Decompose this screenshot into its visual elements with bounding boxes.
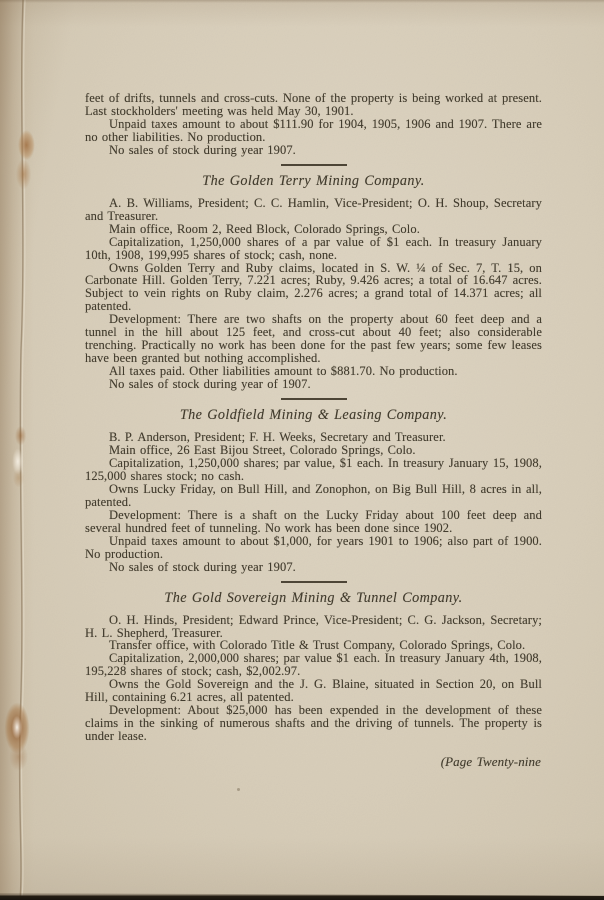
section-divider (281, 581, 347, 583)
paragraph: Capitalization, 2,000,000 shares; par va… (85, 652, 542, 678)
paragraph: Unpaid taxes amount to about $111.90 for… (85, 118, 542, 144)
section-divider (281, 164, 347, 166)
page-bottom-edge (0, 892, 604, 900)
paragraph: No sales of stock during year 1907. (85, 144, 542, 157)
section-heading: The Gold Sovereign Mining & Tunnel Compa… (85, 590, 542, 607)
section-heading: The Goldfield Mining & Leasing Company. (85, 407, 542, 424)
paragraph: Development: About $25,000 has been expe… (85, 704, 542, 743)
page-top-edge (0, 0, 604, 3)
paragraph: Main office, Room 2, Reed Block, Colorad… (85, 223, 542, 236)
binding-edge-shadow (0, 0, 34, 900)
paragraph: No sales of stock during year 1907. (85, 561, 542, 574)
company-section: The Golden Terry Mining Company.A. B. Wi… (85, 173, 542, 391)
paragraph: O. H. Hinds, President; Edward Prince, V… (85, 614, 542, 640)
paragraph: No sales of stock during year of 1907. (85, 378, 542, 391)
paper-speck (237, 788, 240, 791)
paragraph: Development: There are two shafts on the… (85, 313, 542, 365)
paragraph: A. B. Williams, President; C. C. Hamlin,… (85, 197, 542, 223)
paragraph: Capitalization, 1,250,000 shares; par va… (85, 457, 542, 483)
paragraph: feet of drifts, tunnels and cross-cuts. … (85, 92, 542, 118)
company-section: feet of drifts, tunnels and cross-cuts. … (85, 92, 542, 157)
paragraph: Owns Golden Terry and Ruby claims, locat… (85, 262, 542, 314)
paragraph: Development: There is a shaft on the Luc… (85, 509, 542, 535)
paragraph: Owns Lucky Friday, on Bull Hill, and Zon… (85, 483, 542, 509)
section-heading: The Golden Terry Mining Company. (85, 173, 542, 190)
paragraph: Unpaid taxes amount to about $1,000, for… (85, 535, 542, 561)
scanned-page: feet of drifts, tunnels and cross-cuts. … (0, 0, 604, 900)
company-section: The Gold Sovereign Mining & Tunnel Compa… (85, 590, 542, 744)
page-content: feet of drifts, tunnels and cross-cuts. … (85, 92, 542, 769)
paragraph: Owns the Gold Sovereign and the J. G. Bl… (85, 678, 542, 704)
page-footer: (Page Twenty-nine (85, 756, 542, 769)
section-divider (281, 398, 347, 400)
company-section: The Goldfield Mining & Leasing Company.B… (85, 407, 542, 573)
paragraph: Capitalization, 1,250,000 shares of a pa… (85, 236, 542, 262)
